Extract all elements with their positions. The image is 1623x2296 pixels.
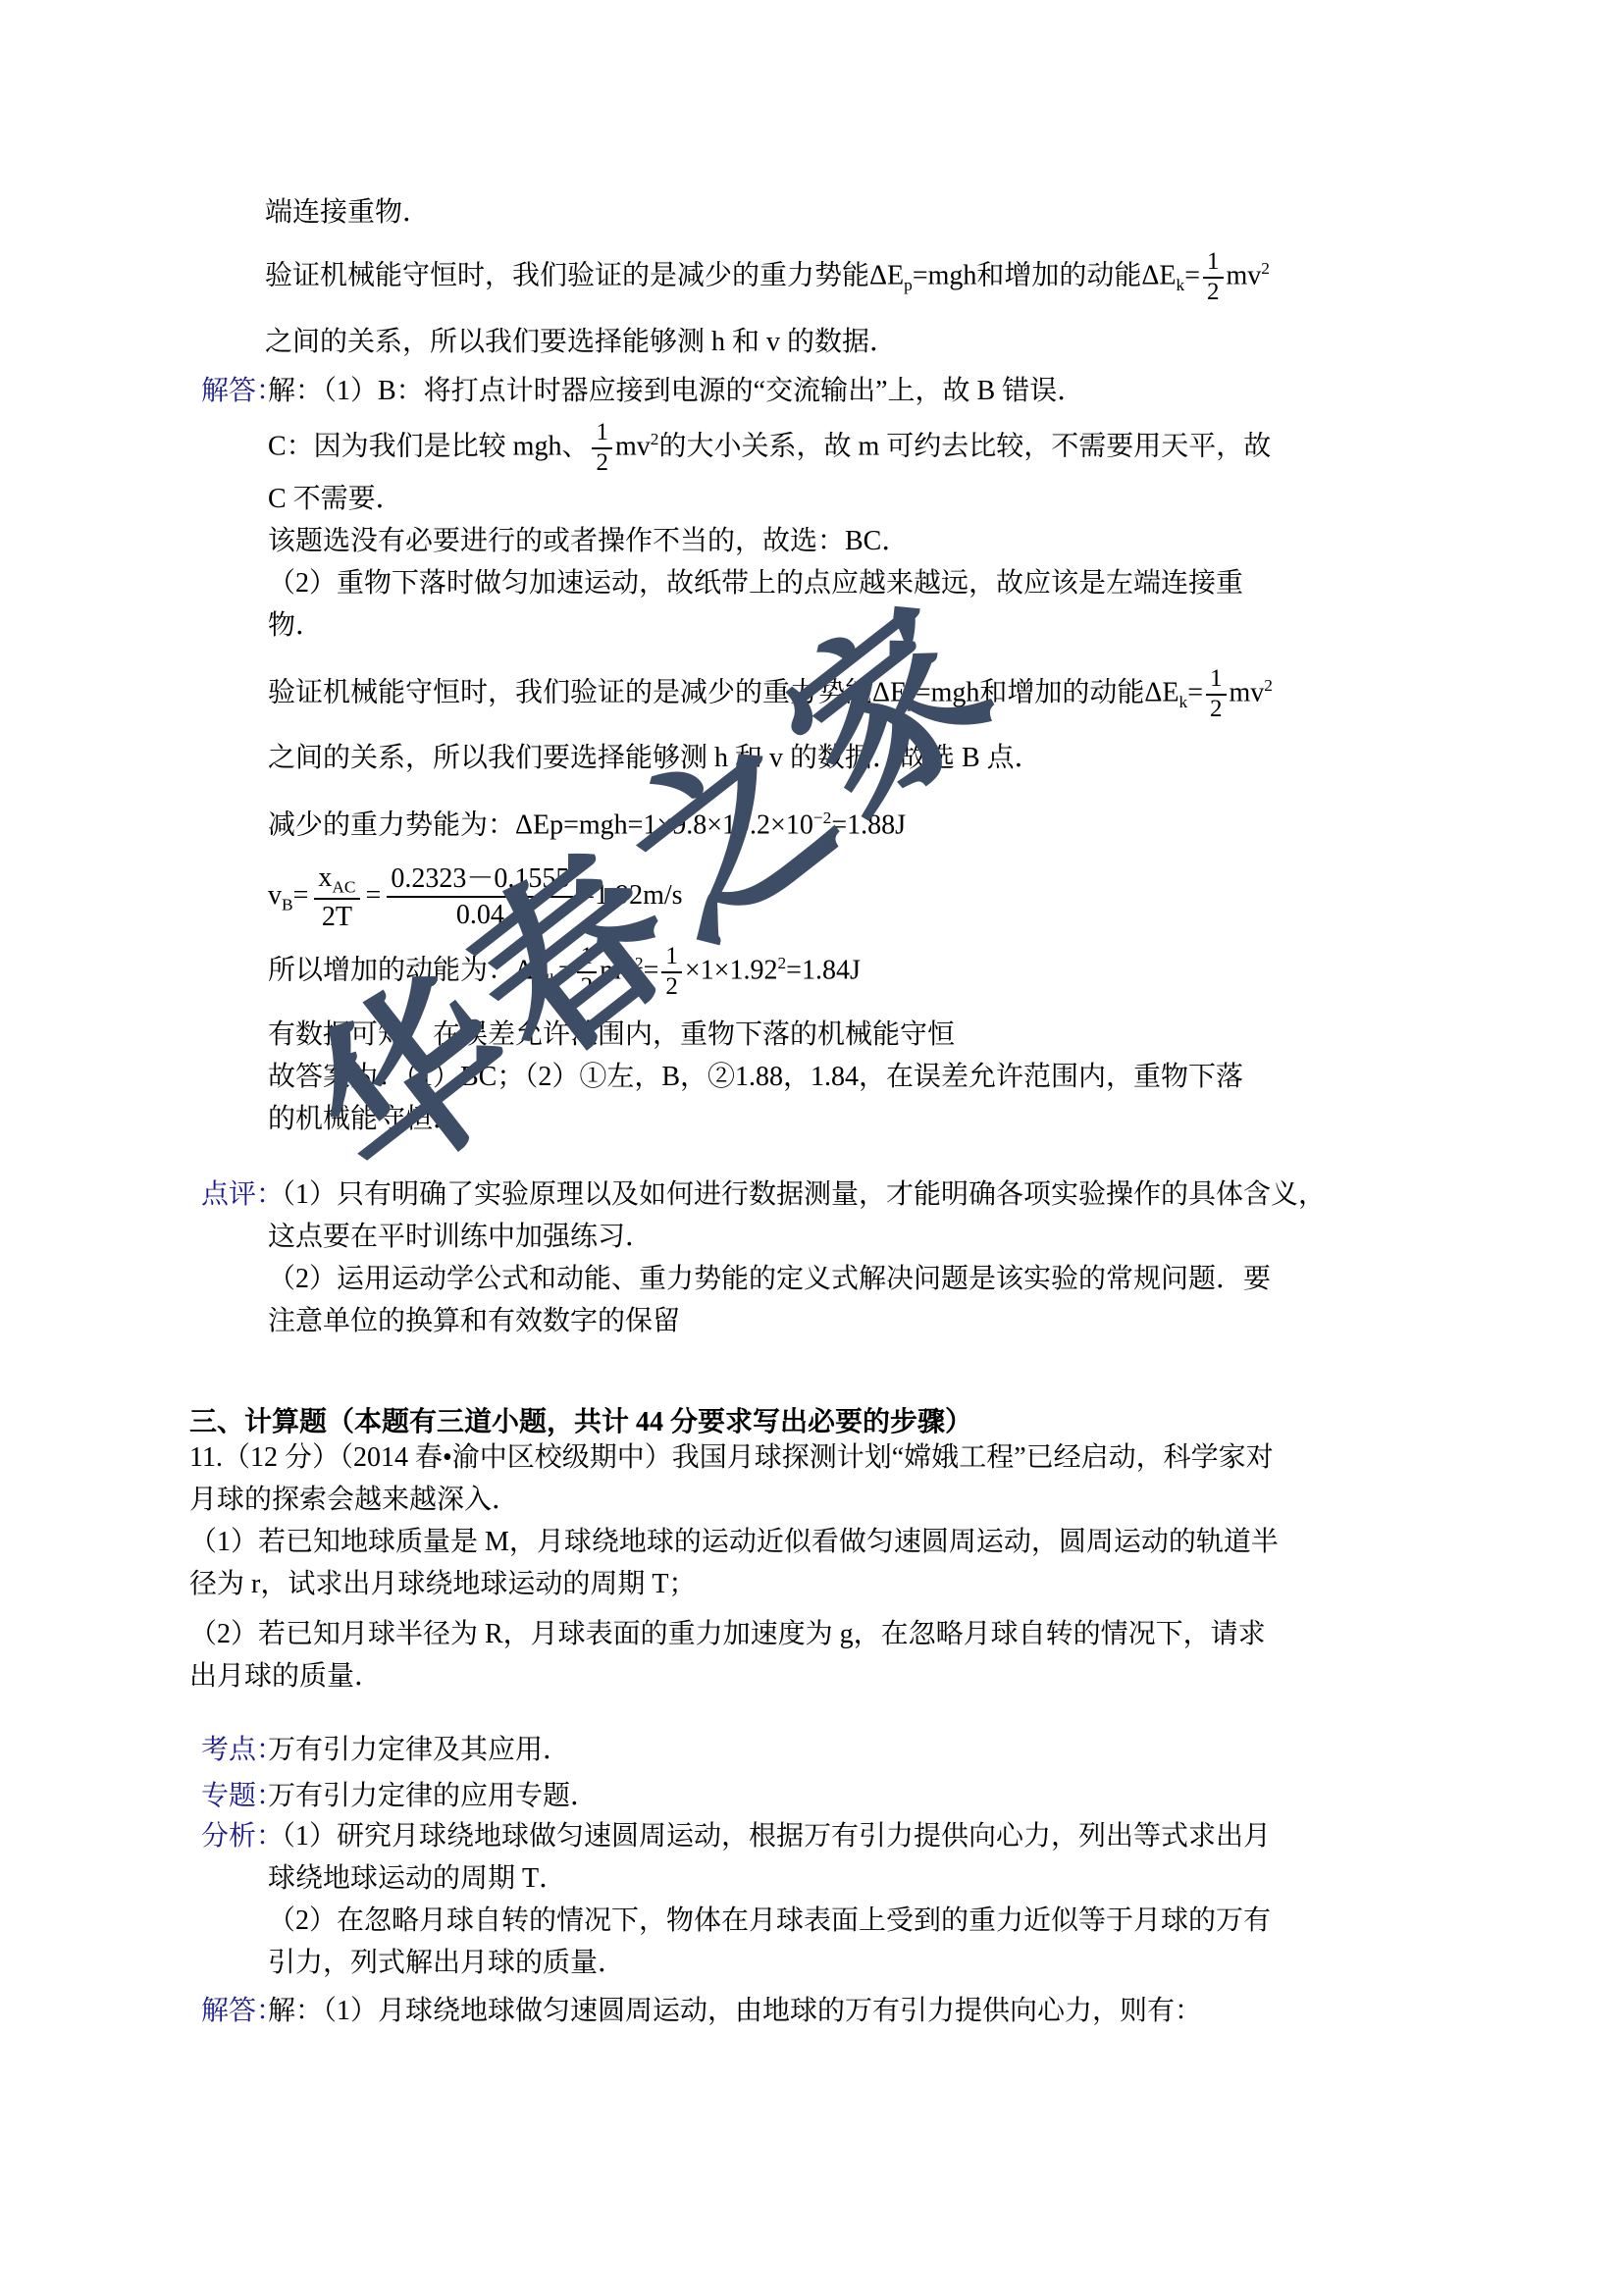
- text-run: （2）运用运动学公式和动能、重力势能的定义式解决问题是该实验的常规问题．要: [268, 1264, 1271, 1294]
- answer-label: 解答：: [201, 370, 284, 412]
- testpoint-label: 考点：: [201, 1729, 284, 1771]
- text-run: 和增加的动能: [976, 260, 1141, 290]
- fraction-numerator: 1: [592, 419, 612, 449]
- text-run: （2）重物下落时做匀加速运动，故纸带上的点应越来越远，故应该是左端连接重: [268, 568, 1243, 599]
- formula-fragment: =: [293, 880, 309, 911]
- analysis-content: （1）研究月球绕地球做匀速圆周运动，根据万有引力提供向心力，列出等式求出月 球绕…: [268, 1815, 1271, 1984]
- text-run: 球绕地球运动的周期 T．: [268, 1863, 566, 1894]
- text-run: 出月球的质量．: [189, 1661, 382, 1692]
- text-run: 径为 r，试求出月球绕地球运动的周期 T；: [189, 1569, 696, 1599]
- text-run: 注意单位的换算和有效数字的保留: [268, 1306, 680, 1336]
- text-line: 引力，列式解出月球的质量．: [268, 1942, 1271, 1984]
- superscript: 2: [1264, 676, 1273, 695]
- topic-section: 专题： 万有引力定律的应用专题．: [201, 1775, 598, 1817]
- text-run: C 不需要．: [268, 484, 403, 514]
- formula-line: 验证机械能守恒时，我们验证的是减少的重力势能ΔEp=mgh和增加的动能ΔEk=1…: [265, 247, 1270, 307]
- formula-fragment: mv: [1227, 260, 1262, 290]
- question-11: 11.（12 分）（2014 春•渝中区校级期中）我国月球探测计划“嫦娥工程”已…: [189, 1436, 1279, 1697]
- text-line: 出月球的质量．: [189, 1655, 1279, 1697]
- formula-fragment: =: [1187, 677, 1203, 707]
- text-line: 球绕地球运动的周期 T．: [268, 1857, 1271, 1900]
- fraction: xAC2T: [314, 861, 359, 934]
- text-run: 月球的探索会越来越深入．: [189, 1485, 519, 1515]
- fraction-numerator: 1: [1203, 248, 1224, 279]
- topic-label: 专题：: [201, 1775, 284, 1817]
- formula-fragment: =1.84J: [786, 955, 861, 985]
- fraction: 12: [1206, 665, 1227, 724]
- fraction: 12: [1203, 248, 1224, 307]
- subscript: k: [1177, 276, 1185, 294]
- text-line: （2）运用运动学公式和动能、重力势能的定义式解决问题是该实验的常规问题．要: [268, 1258, 1326, 1300]
- text-line: 之间的关系，所以我们要选择能够测 h 和 v 的数据．: [265, 321, 1270, 363]
- text-run: （1）若已知地球质量是 M，月球绕地球的运动近似看做匀速圆周运动，圆周运动的轨道…: [189, 1527, 1279, 1557]
- text-line: 万有引力定律的应用专题．: [268, 1775, 598, 1817]
- text-line: C 不需要．: [268, 478, 1273, 520]
- fraction-numerator: 1: [1206, 665, 1227, 696]
- text-line: 万有引力定律及其应用．: [268, 1729, 570, 1771]
- text-line: 物．: [268, 604, 1273, 647]
- intro-paragraph: 端连接重物． 验证机械能守恒时，我们验证的是减少的重力势能ΔEp=mgh和增加的…: [265, 191, 1270, 363]
- fraction-denominator: 2: [592, 449, 612, 478]
- document-page: 端连接重物． 验证机械能守恒时，我们验证的是减少的重力势能ΔEp=mgh和增加的…: [0, 0, 1623, 2296]
- text-line: 注意单位的换算和有效数字的保留: [268, 1300, 1326, 1342]
- analysis-section: 分析： （1）研究月球绕地球做匀速圆周运动，根据万有引力提供向心力，列出等式求出…: [201, 1815, 1271, 1984]
- answer2-section: 解答： 解：（1）月球绕地球做匀速圆周运动，由地球的万有引力提供向心力，则有：: [201, 1990, 1202, 2032]
- formula-fragment: =mgh: [913, 260, 977, 290]
- text-line: （2）重物下落时做匀加速运动，故纸带上的点应越来越远，故应该是左端连接重: [268, 562, 1273, 604]
- comment-label: 点评：: [201, 1174, 284, 1216]
- text-run: 三、计算题（本题有三道小题，共计 44 分要求写出必要的步骤）: [189, 1407, 972, 1437]
- text-run: （2）若已知月球半径为 R，月球表面的重力加速度为 g，在忽略月球自转的情况下，…: [189, 1619, 1266, 1649]
- text-run: 的大小关系，故 m 可约去比较，不需要用天平，故: [658, 431, 1271, 461]
- answer2-label: 解答：: [201, 1990, 284, 2032]
- text-line: 解：（1）月球绕地球做匀速圆周运动，由地球的万有引力提供向心力，则有：: [268, 1990, 1202, 2032]
- text-run: 解：（1）月球绕地球做匀速圆周运动，由地球的万有引力提供向心力，则有：: [268, 1996, 1202, 2026]
- fraction-denominator: 2: [1206, 696, 1227, 724]
- text-line: （2）在忽略月球自转的情况下，物体在月球表面上受到的重力近似等于月球的万有: [268, 1900, 1271, 1942]
- text-line: 月球的探索会越来越深入．: [189, 1479, 1279, 1521]
- text-run: 物．: [268, 610, 323, 641]
- text-run: （1）研究月球绕地球做匀速圆周运动，根据万有引力提供向心力，列出等式求出月: [268, 1821, 1271, 1852]
- subscript: k: [1179, 693, 1188, 711]
- fraction-numerator: xAC: [314, 861, 359, 900]
- text-run: 该题选没有必要进行的或者操作不当的，故选：BC．: [268, 526, 909, 556]
- text-run: 11.（12 分）（2014 春•渝中区校级期中）我国月球探测计划“嫦娥工程”已…: [189, 1442, 1274, 1473]
- fraction: 12: [592, 419, 612, 478]
- formula-fragment: =: [366, 880, 382, 911]
- text-line: 径为 r，试求出月球绕地球运动的周期 T；: [189, 1563, 1279, 1605]
- text-line: （1）研究月球绕地球做匀速圆周运动，根据万有引力提供向心力，列出等式求出月: [268, 1815, 1271, 1857]
- text-line: （1）若已知地球质量是 M，月球绕地球的运动近似看做匀速圆周运动，圆周运动的轨道…: [189, 1521, 1279, 1563]
- testpoint-section: 考点： 万有引力定律及其应用．: [201, 1729, 570, 1771]
- text-line: 11.（12 分）（2014 春•渝中区校级期中）我国月球探测计划“嫦娥工程”已…: [189, 1436, 1279, 1479]
- text-line: 端连接重物．: [265, 191, 1270, 234]
- formula-fragment: mv: [615, 431, 651, 461]
- text-line: 解：（1）B：将打点计时器应接到电源的“交流输出”上，故 B 错误．: [268, 370, 1273, 412]
- text-run: 万有引力定律及其应用．: [268, 1735, 570, 1765]
- topic-content: 万有引力定律的应用专题．: [268, 1775, 598, 1817]
- formula-fragment: x: [318, 862, 332, 893]
- formula-fragment: ΔE: [869, 260, 904, 290]
- text-run: 万有引力定律的应用专题．: [268, 1781, 598, 1811]
- text-line: （2）若已知月球半径为 R，月球表面的重力加速度为 g，在忽略月球自转的情况下，…: [189, 1613, 1279, 1655]
- subscript: p: [904, 276, 913, 294]
- fraction-denominator: 2: [1203, 279, 1224, 307]
- formula-fragment: =: [1184, 260, 1200, 290]
- text-line: 该题选没有必要进行的或者操作不当的，故选：BC．: [268, 520, 1273, 562]
- answer2-content: 解：（1）月球绕地球做匀速圆周运动，由地球的万有引力提供向心力，则有：: [268, 1990, 1202, 2032]
- formula-fragment: v: [268, 880, 282, 911]
- formula-fragment: ΔE: [1144, 677, 1178, 707]
- text-run: 解：（1）B：将打点计时器应接到电源的“交流输出”上，故 B 错误．: [268, 376, 1084, 406]
- fraction-denominator: 2T: [314, 900, 359, 934]
- subscript: AC: [332, 877, 355, 896]
- superscript: 2: [1261, 259, 1270, 278]
- text-run: 之间的关系，所以我们要选择能够测 h 和 v 的数据．: [265, 327, 897, 357]
- text-run: 这点要在平时训练中加强练习．: [268, 1222, 653, 1252]
- text-run: 端连接重物．: [265, 197, 430, 228]
- formula-line: C：因为我们是比较 mgh、12mv2的大小关系，故 m 可约去比较，不需要用天…: [268, 418, 1273, 478]
- text-run: C：因为我们是比较 mgh、: [268, 431, 589, 461]
- subscript: B: [282, 895, 293, 913]
- text-run: （2）在忽略月球自转的情况下，物体在月球表面上受到的重力近似等于月球的万有: [268, 1905, 1271, 1936]
- formula-fragment: ΔE: [1141, 260, 1176, 290]
- text-run: 引力，列式解出月球的质量．: [268, 1948, 625, 1978]
- formula-fragment: mv: [1230, 677, 1265, 707]
- testpoint-content: 万有引力定律及其应用．: [268, 1729, 570, 1771]
- analysis-label: 分析：: [201, 1815, 284, 1857]
- text-run: 验证机械能守恒时，我们验证的是减少的重力势能: [265, 260, 869, 290]
